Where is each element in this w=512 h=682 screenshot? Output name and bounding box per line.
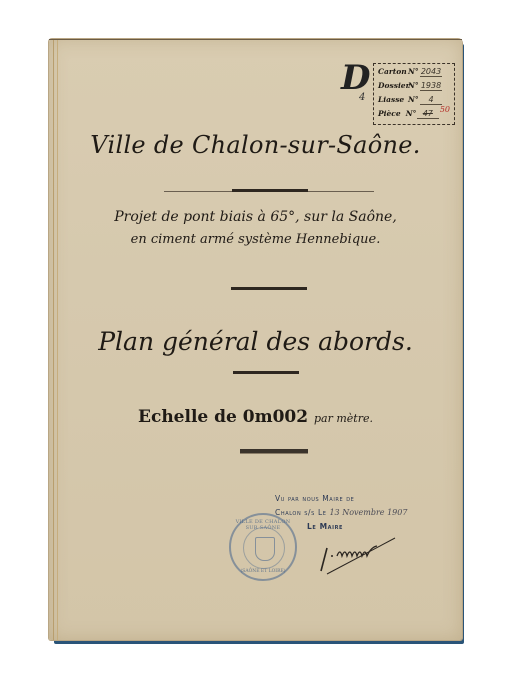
plan-title: Plan général des abords. — [49, 327, 462, 356]
project-line-2: en ciment armé système Hennebique. — [49, 232, 462, 247]
ref-label: Dossier — [378, 81, 408, 90]
coat-of-arms-icon — [255, 537, 275, 561]
ref-value: 1938 — [420, 81, 442, 91]
mayor-signature-icon — [313, 526, 403, 576]
ref-no: N° — [406, 109, 417, 118]
ref-value: 2043 — [420, 67, 442, 77]
approval-line-2: Chalon s/s Le 13 Novembre 1907 — [275, 506, 415, 520]
ref-label: Pièce — [378, 109, 406, 118]
municipal-seal-icon: VILLE DE CHALON SUR SAÔNE (SAÔNE ET LOIR… — [229, 513, 297, 581]
scale-suffix: par mètre. — [314, 412, 373, 425]
reference-letter: D — [341, 61, 370, 95]
ref-value: 4 — [420, 95, 442, 105]
scale-prefix: Echelle de 0m002 — [138, 407, 308, 427]
approval-place: Chalon s/s Le — [275, 508, 326, 517]
divider-thick — [231, 287, 307, 290]
ref-no: N° — [408, 67, 420, 76]
archive-reference-box: Carton N° 2043 Dossier N° 1938 Liasse N°… — [373, 63, 455, 125]
ref-row-dossier: Dossier N° 1938 — [378, 81, 450, 95]
ref-no: N° — [408, 95, 420, 104]
ref-label: Carton — [378, 67, 408, 76]
seal-bottom-text: (SAÔNE ET LOIRE) — [231, 569, 295, 574]
scale-line: Echelle de 0m002 par mètre. — [49, 407, 462, 427]
divider-double — [240, 449, 308, 454]
document-cover-sheet: D 4 Carton N° 2043 Dossier N° 1938 Liass… — [49, 39, 462, 640]
ref-value-struck: 47 — [417, 109, 439, 119]
ref-no: N° — [408, 81, 420, 90]
ref-label: Liasse — [378, 95, 408, 104]
ref-row-piece: Pièce N° 47 50 — [378, 109, 450, 123]
approval-line-1: Vu par nous Maire de — [275, 492, 415, 506]
reference-subscript: 4 — [359, 92, 365, 103]
main-title: Ville de Chalon-sur-Saône. — [49, 131, 462, 159]
ref-row-carton: Carton N° 2043 — [378, 67, 450, 81]
ref-correction-red: 50 — [440, 105, 450, 114]
approval-date: 13 Novembre 1907 — [329, 508, 407, 517]
divider-thick — [233, 371, 299, 374]
project-line-1: Projet de pont biais à 65°, sur la Saône… — [49, 209, 462, 225]
divider-thick — [232, 189, 308, 192]
